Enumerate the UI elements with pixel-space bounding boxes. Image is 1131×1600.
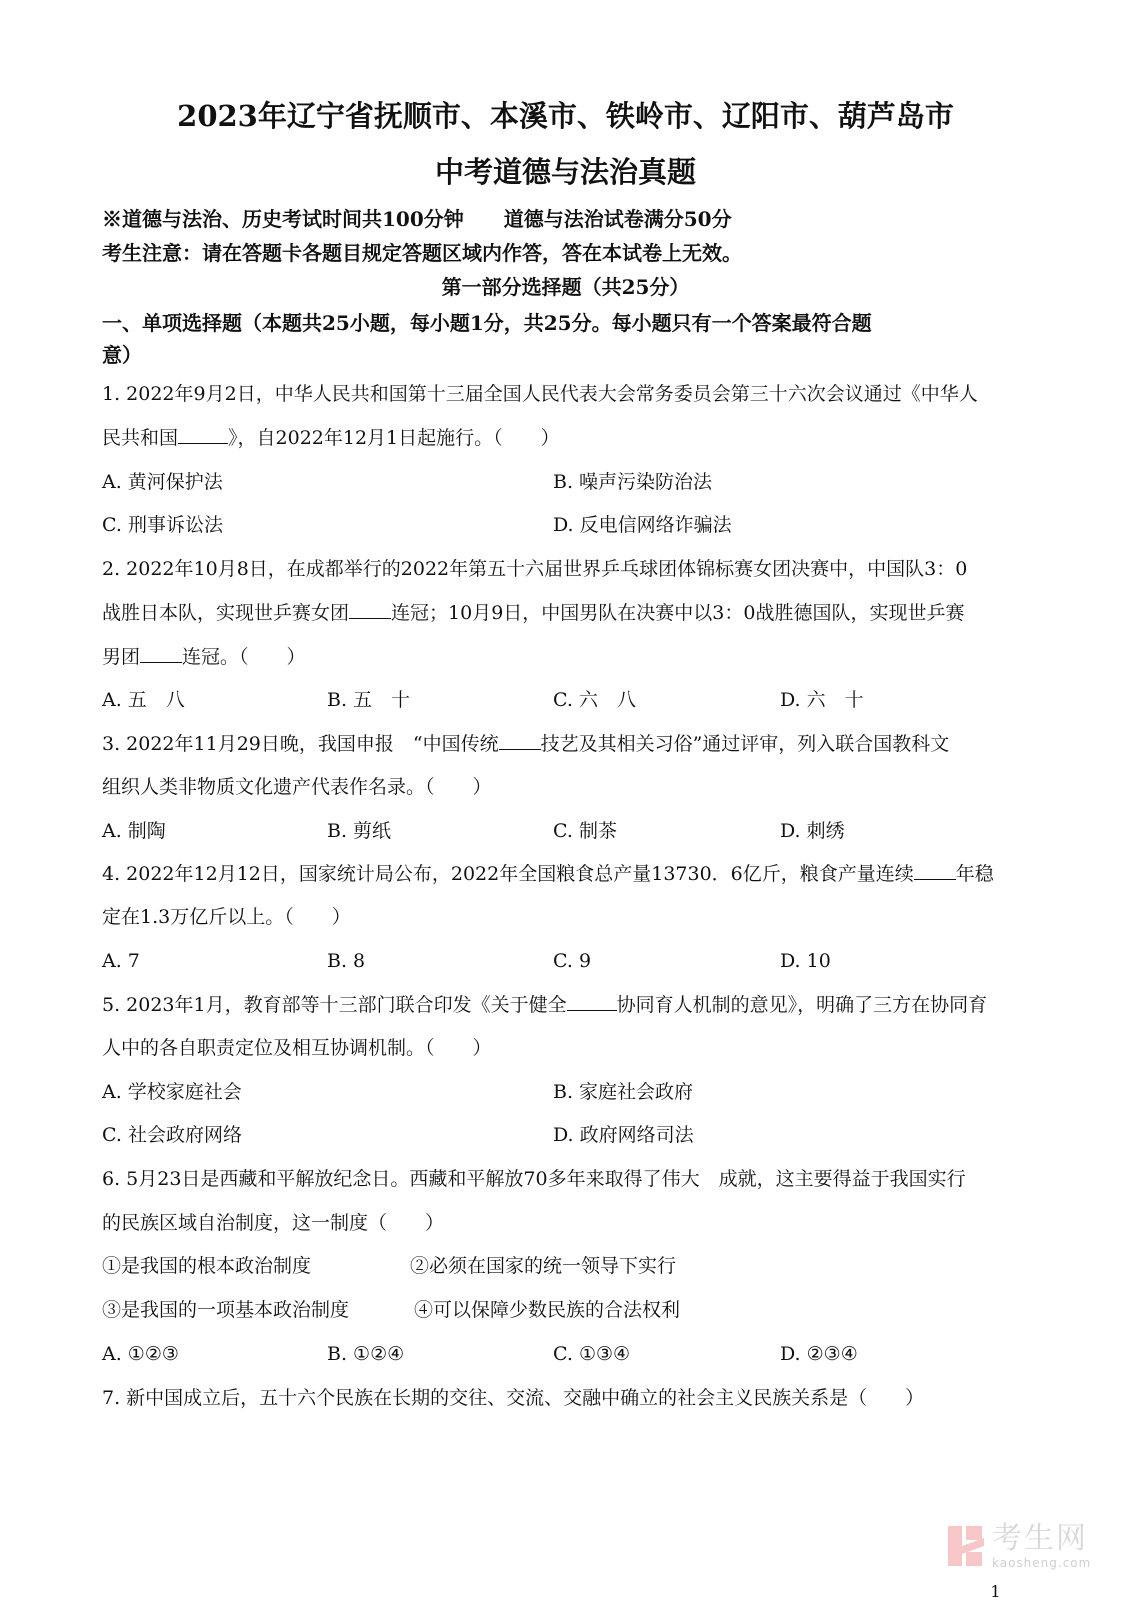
option-b: B. 噪声污染防治法 [553, 469, 712, 495]
option-c: C. 9 [553, 948, 591, 974]
exam-info: ※道德与法治、历史考试时间共100分钟 道德与法治试卷满分50分 [102, 206, 732, 232]
option-a: A. 学校家庭社会 [102, 1079, 242, 1105]
kaosheng-watermark: 考生网 kaosheng.com [948, 1522, 1088, 1574]
option-c: C. 六 八 [553, 687, 636, 713]
option-b: B. 8 [327, 948, 365, 974]
option-d: D. 10 [780, 948, 831, 974]
section-heading-line-2: 意） [102, 342, 142, 368]
statement-3: ③是我国的一项基本政治制度 [102, 1297, 349, 1323]
section-heading-line-1: 一、单项选择题（本题共25小题，每小题1分，共25分。每小题只有一个答案最符合题 [102, 310, 872, 336]
option-a: A. 五 八 [102, 687, 185, 713]
option-c: C. ①③④ [553, 1341, 630, 1367]
watermark-domain: kaosheng.com [992, 1556, 1091, 1570]
option-c: C. 制茶 [553, 818, 617, 844]
option-c: C. 刑事诉讼法 [102, 512, 223, 538]
option-b: B. 家庭社会政府 [553, 1079, 693, 1105]
option-d: D. ②③④ [780, 1341, 858, 1367]
answer-blank [914, 861, 956, 880]
watermark-brand: 考生网 [992, 1522, 1088, 1556]
stem-text: 连冠；10月9日，中国男队在决赛中以3：0战胜德国队，实现世乒赛 [391, 602, 964, 624]
option-a: A. 7 [102, 948, 140, 974]
option-d: D. 六 十 [780, 687, 864, 713]
answer-blank [567, 992, 617, 1011]
question-stem: 1. 2022年9月2日，中华人民共和国第十三届全国人民代表大会常务委员会第三十… [102, 381, 978, 407]
stem-text: 3. 2022年11月29日晚，我国申报 “中国传统 [102, 733, 499, 755]
statement-1: ①是我国的根本政治制度 [102, 1253, 311, 1279]
question-stem: 组织人类非物质文化遗产代表作名录。（ ） [102, 774, 492, 800]
option-a: A. 黄河保护法 [102, 469, 223, 495]
stem-text: 4. 2022年12月12日，国家统计局公布，2022年全国粮食总产量13730… [102, 863, 914, 885]
option-d: D. 政府网络司法 [553, 1122, 694, 1148]
answer-blank [140, 644, 182, 663]
answer-blank [349, 600, 391, 619]
answer-blank [499, 731, 541, 750]
part-heading: 第一部分选择题（共25分） [0, 274, 1131, 300]
stem-text: 技艺及其相关习俗”通过评审，列入联合国教科文 [541, 733, 950, 755]
stem-text: 协同育人机制的意见》，明确了三方在协同育 [617, 994, 988, 1016]
exam-page: 2023年辽宁省抚顺市、本溪市、铁岭市、辽阳市、葫芦岛市 中考道德与法治真题 ※… [0, 0, 1131, 1600]
exam-notice: 考生注意：请在答题卡各题目规定答题区域内作答，答在本试卷上无效。 [102, 240, 742, 266]
question-stem: 战胜日本队，实现世乒赛女团连冠；10月9日，中国男队在决赛中以3：0战胜德国队，… [102, 600, 964, 626]
question-stem: 2. 2022年10月8日，在成都举行的2022年第五十六届世界乒乓球团体锦标赛… [102, 556, 967, 582]
question-stem: 4. 2022年12月12日，国家统计局公布，2022年全国粮食总产量13730… [102, 861, 994, 887]
option-b: B. 五 十 [327, 687, 410, 713]
stem-text: 连冠。（ ） [182, 646, 306, 668]
page-number: 1 [0, 1582, 1131, 1600]
option-c: C. 社会政府网络 [102, 1122, 242, 1148]
question-stem: 民共和国》，自2022年12月1日起施行。（ ） [102, 425, 560, 451]
stem-text: 民共和国 [102, 427, 178, 449]
document-title-line-2: 中考道德与法治真题 [0, 152, 1131, 192]
question-stem: 6. 5月23日是西藏和平解放纪念日。西藏和平解放70多年来取得了伟大 成就，这… [102, 1166, 966, 1192]
answer-blank [178, 425, 228, 444]
option-d: D. 刺绣 [780, 818, 845, 844]
option-d: D. 反电信网络诈骗法 [553, 512, 732, 538]
stem-text: 男团 [102, 646, 140, 668]
question-stem: 人中的各自职责定位及相互协调机制。（ ） [102, 1035, 492, 1061]
question-stem: 7. 新中国成立后，五十六个民族在长期的交往、交流、交融中确立的社会主义民族关系… [102, 1385, 924, 1411]
kaosheng-logo-icon [948, 1526, 984, 1566]
question-stem: 定在1.3万亿斤以上。（ ） [102, 904, 351, 930]
stem-text: 战胜日本队，实现世乒赛女团 [102, 602, 349, 624]
question-stem: 3. 2022年11月29日晚，我国申报 “中国传统技艺及其相关习俗”通过评审，… [102, 731, 949, 757]
stem-text: 年稳 [956, 863, 994, 885]
statement-4: ④可以保障少数民族的合法权利 [414, 1297, 680, 1323]
option-b: B. 剪纸 [327, 818, 391, 844]
document-title-line-1: 2023年辽宁省抚顺市、本溪市、铁岭市、辽阳市、葫芦岛市 [0, 96, 1131, 136]
question-stem: 5. 2023年1月，教育部等十三部门联合印发《关于健全协同育人机制的意见》，明… [102, 992, 987, 1018]
option-a: A. 制陶 [102, 818, 166, 844]
stem-text: 5. 2023年1月，教育部等十三部门联合印发《关于健全 [102, 994, 567, 1016]
stem-text: 》，自2022年12月1日起施行。（ ） [228, 427, 560, 449]
statement-2: ②必须在国家的统一领导下实行 [410, 1253, 676, 1279]
option-a: A. ①②③ [102, 1341, 179, 1367]
option-b: B. ①②④ [327, 1341, 404, 1367]
question-stem: 男团连冠。（ ） [102, 644, 306, 670]
question-stem: 的民族区域自治制度，这一制度（ ） [102, 1210, 444, 1236]
